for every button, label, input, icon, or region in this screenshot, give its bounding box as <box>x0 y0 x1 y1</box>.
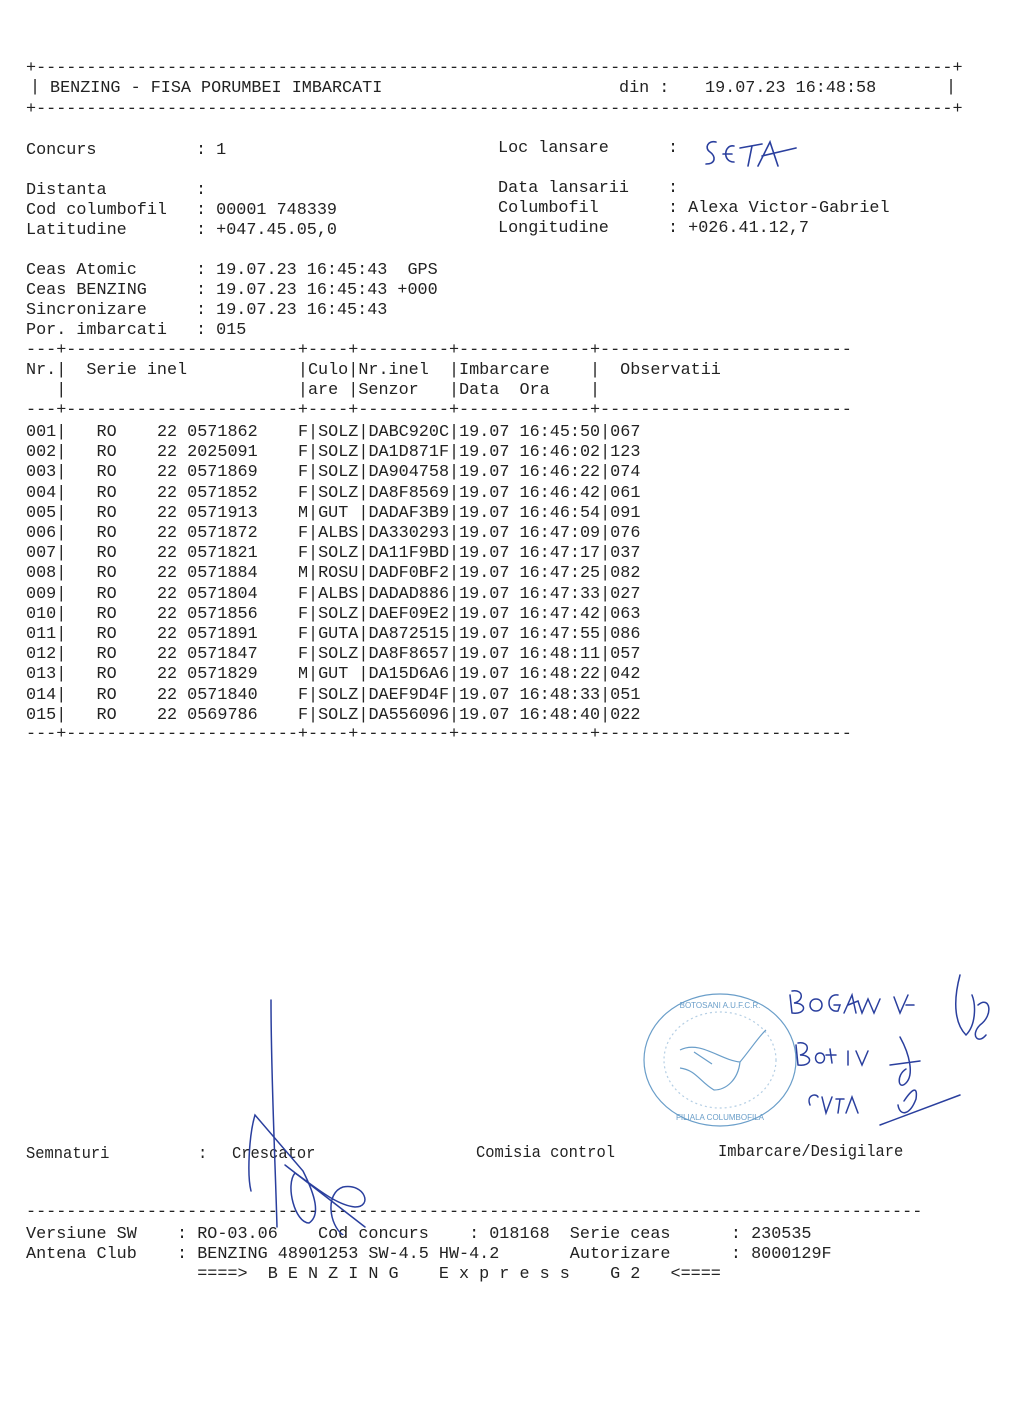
table-row: 015| RO 22 0569786 F|SOLZ|DA556096|19.07… <box>26 706 640 726</box>
atomic-clock-label: Ceas Atomic <box>26 261 177 281</box>
svg-text:BOTOSANI A.U.F.C.R.: BOTOSANI A.U.F.C.R. <box>680 1001 761 1010</box>
sensor-ring: DA1D871F| <box>368 443 459 462</box>
header-border-top: +---------------------------------------… <box>26 59 963 79</box>
latitude-label: Latitudine <box>26 221 177 241</box>
atomic-clock-value: : 19.07.23 16:45:43 GPS <box>196 261 438 281</box>
basket-date: 19.07 <box>459 605 519 624</box>
sex: F| <box>298 645 318 664</box>
ring-country: RO <box>66 484 157 503</box>
ring-year: 22 <box>157 463 187 482</box>
observations: 022 <box>610 706 640 725</box>
table-row: 004| RO 22 0571852 F|SOLZ|DA8F8569|19.07… <box>26 484 640 504</box>
handwritten-commission-names <box>780 965 1000 1145</box>
color: GUT | <box>318 665 368 684</box>
observations: 067 <box>610 423 640 442</box>
fancier-code-label: Cod columbofil <box>26 201 167 221</box>
basket-date: 19.07 <box>459 484 519 503</box>
ring-year: 22 <box>157 645 187 664</box>
ring-year: 22 <box>157 564 187 583</box>
sex: F| <box>298 524 318 543</box>
color: SOLZ| <box>318 423 368 442</box>
color: SOLZ| <box>318 605 368 624</box>
ring-number: 0571852 <box>187 484 298 503</box>
basket-time: 16:47:25| <box>520 564 611 583</box>
footer-version-line: Versiune SW : RO-03.06 Cod concurs : 018… <box>26 1225 812 1245</box>
basket-date: 19.07 <box>459 665 519 684</box>
color: SOLZ| <box>318 544 368 563</box>
observations: 057 <box>610 645 640 664</box>
color: ALBS| <box>318 524 368 543</box>
fancier-name-label: Columbofil <box>498 199 649 219</box>
sensor-ring: DADAF3B9| <box>368 504 459 523</box>
table-row: 001| RO 22 0571862 F|SOLZ|DABC920C|19.07… <box>26 423 640 443</box>
basket-time: 16:48:40| <box>520 706 611 725</box>
sex: F| <box>298 686 318 705</box>
ring-country: RO <box>66 665 157 684</box>
basket-date: 19.07 <box>459 645 519 664</box>
club-stamp: BOTOSANI A.U.F.C.R. FILIALA COLUMBOFILA <box>640 990 800 1130</box>
table-separator-header: ---+-----------------------+----+-------… <box>26 401 852 421</box>
table-row: 002| RO 22 2025091 F|SOLZ|DA1D871F|19.07… <box>26 443 640 463</box>
basket-time: 16:48:11| <box>520 645 611 664</box>
ring-number: 0571829 <box>187 665 298 684</box>
observations: 061 <box>610 484 640 503</box>
color: ALBS| <box>318 585 368 604</box>
table-row: 013| RO 22 0571829 M|GUT |DA15D6A6|19.07… <box>26 665 640 685</box>
latitude-value: : +047.45.05,0 <box>196 221 337 241</box>
ring-number: 0571884 <box>187 564 298 583</box>
row-number: 012| <box>26 645 66 664</box>
sensor-ring: DA556096| <box>368 706 459 725</box>
launch-date-value: : <box>668 179 678 199</box>
table-header-row-2: | |are |Senzor |Data Ora | <box>26 381 600 401</box>
observations: 027 <box>610 585 640 604</box>
table-row: 003| RO 22 0571869 F|SOLZ|DA904758|19.07… <box>26 463 640 483</box>
basket-date: 19.07 <box>459 585 519 604</box>
ring-year: 22 <box>157 544 187 563</box>
basket-time: 16:46:22| <box>520 463 611 482</box>
longitude-value: : +026.41.12,7 <box>668 219 809 239</box>
table-row: 012| RO 22 0571847 F|SOLZ|DA8F8657|19.07… <box>26 645 640 665</box>
ring-number: 2025091 <box>187 443 298 462</box>
table-row: 005| RO 22 0571913 M|GUT |DADAF3B9|19.07… <box>26 504 640 524</box>
basket-date: 19.07 <box>459 443 519 462</box>
table-header-row-1: Nr.| Serie inel |Culo|Nr.inel |Imbarcare… <box>26 361 721 381</box>
sex: M| <box>298 504 318 523</box>
ring-country: RO <box>66 463 157 482</box>
sex: F| <box>298 625 318 644</box>
basket-time: 16:46:02| <box>520 443 611 462</box>
basket-time: 16:48:33| <box>520 686 611 705</box>
footer-antenna-line: Antena Club : BENZING 48901253 SW-4.5 HW… <box>26 1245 832 1265</box>
ring-country: RO <box>66 524 157 543</box>
sensor-ring: DA11F9BD| <box>368 544 459 563</box>
sex: F| <box>298 585 318 604</box>
launch-date-label: Data lansarii <box>498 179 649 199</box>
sex: F| <box>298 484 318 503</box>
synchronization-label: Sincronizare <box>26 301 177 321</box>
ring-year: 22 <box>157 484 187 503</box>
document-title: BENZING - FISA PORUMBEI IMBARCATI <box>50 79 382 99</box>
color: SOLZ| <box>318 645 368 664</box>
ring-country: RO <box>66 585 157 604</box>
ring-number: 0571821 <box>187 544 298 563</box>
ring-country: RO <box>66 443 157 462</box>
color: ROSU| <box>318 564 368 583</box>
ring-number: 0571847 <box>187 645 298 664</box>
ring-year: 22 <box>157 443 187 462</box>
header-right-bar: | <box>946 78 956 98</box>
sex: F| <box>298 544 318 563</box>
row-number: 011| <box>26 625 66 644</box>
fancier-name-value: : Alexa Victor-Gabriel <box>668 199 890 219</box>
footer-brand-line: ====> B E N Z I N G E x p r e s s G 2 <=… <box>26 1265 721 1285</box>
sex: M| <box>298 665 318 684</box>
ring-country: RO <box>66 504 157 523</box>
table-separator-top: ---+-----------------------+----+-------… <box>26 341 852 361</box>
observations: 074 <box>610 463 640 482</box>
basket-time: 16:47:33| <box>520 585 611 604</box>
sensor-ring: DADAD886| <box>368 585 459 604</box>
ring-number: 0571856 <box>187 605 298 624</box>
ring-country: RO <box>66 625 157 644</box>
ring-country: RO <box>66 544 157 563</box>
basket-date: 19.07 <box>459 686 519 705</box>
basket-date: 19.07 <box>459 706 519 725</box>
contest-number-label: Concurs <box>26 141 177 161</box>
ring-number: 0571840 <box>187 686 298 705</box>
svg-text:FILIALA COLUMBOFILA: FILIALA COLUMBOFILA <box>676 1113 765 1122</box>
launch-location-value: : <box>668 139 678 159</box>
row-number: 004| <box>26 484 66 503</box>
ring-country: RO <box>66 706 157 725</box>
launch-location-label: Loc lansare <box>498 139 649 159</box>
color: GUT | <box>318 504 368 523</box>
handwritten-seta-location <box>700 132 800 177</box>
basket-date: 19.07 <box>459 423 519 442</box>
signature-crescator-ink <box>225 995 375 1235</box>
basket-date: 19.07 <box>459 625 519 644</box>
observations: 051 <box>610 686 640 705</box>
ring-country: RO <box>66 645 157 664</box>
basket-date: 19.07 <box>459 564 519 583</box>
row-number: 006| <box>26 524 66 543</box>
sex: F| <box>298 423 318 442</box>
table-row: 008| RO 22 0571884 M|ROSU|DADF0BF2|19.07… <box>26 564 640 584</box>
ring-country: RO <box>66 686 157 705</box>
table-row: 010| RO 22 0571856 F|SOLZ|DAEF09E2|19.07… <box>26 605 640 625</box>
basket-time: 16:46:42| <box>520 484 611 503</box>
sex: F| <box>298 463 318 482</box>
color: SOLZ| <box>318 463 368 482</box>
ring-year: 22 <box>157 625 187 644</box>
sex: M| <box>298 564 318 583</box>
ring-number: 0571872 <box>187 524 298 543</box>
print-date: 19.07.23 16:48:58 <box>705 79 876 99</box>
synchronization-value: : 19.07.23 16:45:43 <box>196 301 387 321</box>
ring-number: 0571862 <box>187 423 298 442</box>
distance-label: Distanta <box>26 181 177 201</box>
pigeons-basketed-value: : 015 <box>196 321 246 341</box>
row-number: 001| <box>26 423 66 442</box>
basket-date: 19.07 <box>459 524 519 543</box>
color: GUTA| <box>318 625 368 644</box>
sensor-ring: DAEF9D4F| <box>368 686 459 705</box>
color: SOLZ| <box>318 443 368 462</box>
ring-year: 22 <box>157 504 187 523</box>
row-number: 007| <box>26 544 66 563</box>
observations: 076 <box>610 524 640 543</box>
row-number: 009| <box>26 585 66 604</box>
ring-country: RO <box>66 605 157 624</box>
ring-number: 0571913 <box>187 504 298 523</box>
longitude-label: Longitudine <box>498 219 649 239</box>
color: SOLZ| <box>318 686 368 705</box>
ring-year: 22 <box>157 605 187 624</box>
header-left-bar: | <box>30 78 40 98</box>
basket-date: 19.07 <box>459 463 519 482</box>
signature-comisia: Comisia control <box>476 1144 615 1163</box>
row-number: 005| <box>26 504 66 523</box>
signature-imbarcare: Imbarcare/Desigilare <box>718 1143 903 1162</box>
observations: 082 <box>610 564 640 583</box>
signatures-colon: : <box>198 1145 207 1164</box>
contest-number-value: : 1 <box>196 141 226 161</box>
row-number: 014| <box>26 686 66 705</box>
sex: F| <box>298 706 318 725</box>
sensor-ring: DAEF09E2| <box>368 605 459 624</box>
sensor-ring: DA330293| <box>368 524 459 543</box>
observations: 086 <box>610 625 640 644</box>
row-number: 003| <box>26 463 66 482</box>
fancier-code-value: : 00001 748339 <box>196 201 337 221</box>
observations: 063 <box>610 605 640 624</box>
basket-time: 16:48:22| <box>520 665 611 684</box>
basket-time: 16:47:42| <box>520 605 611 624</box>
observations: 091 <box>610 504 640 523</box>
header-border-bottom: +---------------------------------------… <box>26 100 963 120</box>
sensor-ring: DA8F8569| <box>368 484 459 503</box>
row-number: 015| <box>26 706 66 725</box>
basket-time: 16:47:09| <box>520 524 611 543</box>
ring-year: 22 <box>157 524 187 543</box>
distance-value: : <box>196 181 206 201</box>
table-separator-bottom: ---+-----------------------+----+-------… <box>26 725 852 745</box>
ring-year: 22 <box>157 585 187 604</box>
ring-year: 22 <box>157 706 187 725</box>
footer-separator: ----------------------------------------… <box>26 1203 922 1223</box>
ring-country: RO <box>66 423 157 442</box>
table-row: 014| RO 22 0571840 F|SOLZ|DAEF9D4F|19.07… <box>26 686 640 706</box>
ring-year: 22 <box>157 423 187 442</box>
signatures-label: Semnaturi <box>26 1145 109 1164</box>
basket-time: 16:45:50| <box>520 423 611 442</box>
observations: 037 <box>610 544 640 563</box>
pigeons-basketed-label: Por. imbarcati <box>26 321 167 341</box>
ring-year: 22 <box>157 665 187 684</box>
sensor-ring: DA15D6A6| <box>368 665 459 684</box>
basket-time: 16:46:54| <box>520 504 611 523</box>
ring-country: RO <box>66 564 157 583</box>
ring-number: 0571804 <box>187 585 298 604</box>
color: SOLZ| <box>318 484 368 503</box>
date-label: din : <box>619 79 669 99</box>
table-row: 006| RO 22 0571872 F|ALBS|DA330293|19.07… <box>26 524 640 544</box>
sensor-ring: DA872515| <box>368 625 459 644</box>
table-row: 009| RO 22 0571804 F|ALBS|DADAD886|19.07… <box>26 585 640 605</box>
sensor-ring: DADF0BF2| <box>368 564 459 583</box>
sensor-ring: DA904758| <box>368 463 459 482</box>
sex: F| <box>298 443 318 462</box>
color: SOLZ| <box>318 706 368 725</box>
observations: 123 <box>610 443 640 462</box>
table-row: 011| RO 22 0571891 F|GUTA|DA872515|19.07… <box>26 625 640 645</box>
benzing-clock-label: Ceas BENZING <box>26 281 177 301</box>
table-row: 007| RO 22 0571821 F|SOLZ|DA11F9BD|19.07… <box>26 544 640 564</box>
basket-time: 16:47:17| <box>520 544 611 563</box>
basket-time: 16:47:55| <box>520 625 611 644</box>
benzing-clock-value: : 19.07.23 16:45:43 +000 <box>196 281 438 301</box>
sensor-ring: DA8F8657| <box>368 645 459 664</box>
row-number: 008| <box>26 564 66 583</box>
sex: F| <box>298 605 318 624</box>
ring-number: 0571891 <box>187 625 298 644</box>
row-number: 010| <box>26 605 66 624</box>
ring-number: 0569786 <box>187 706 298 725</box>
row-number: 002| <box>26 443 66 462</box>
row-number: 013| <box>26 665 66 684</box>
signature-crescator: Crescator <box>232 1145 315 1164</box>
sensor-ring: DABC920C| <box>368 423 459 442</box>
ring-year: 22 <box>157 686 187 705</box>
observations: 042 <box>610 665 640 684</box>
ring-number: 0571869 <box>187 463 298 482</box>
basket-date: 19.07 <box>459 504 519 523</box>
basket-date: 19.07 <box>459 544 519 563</box>
